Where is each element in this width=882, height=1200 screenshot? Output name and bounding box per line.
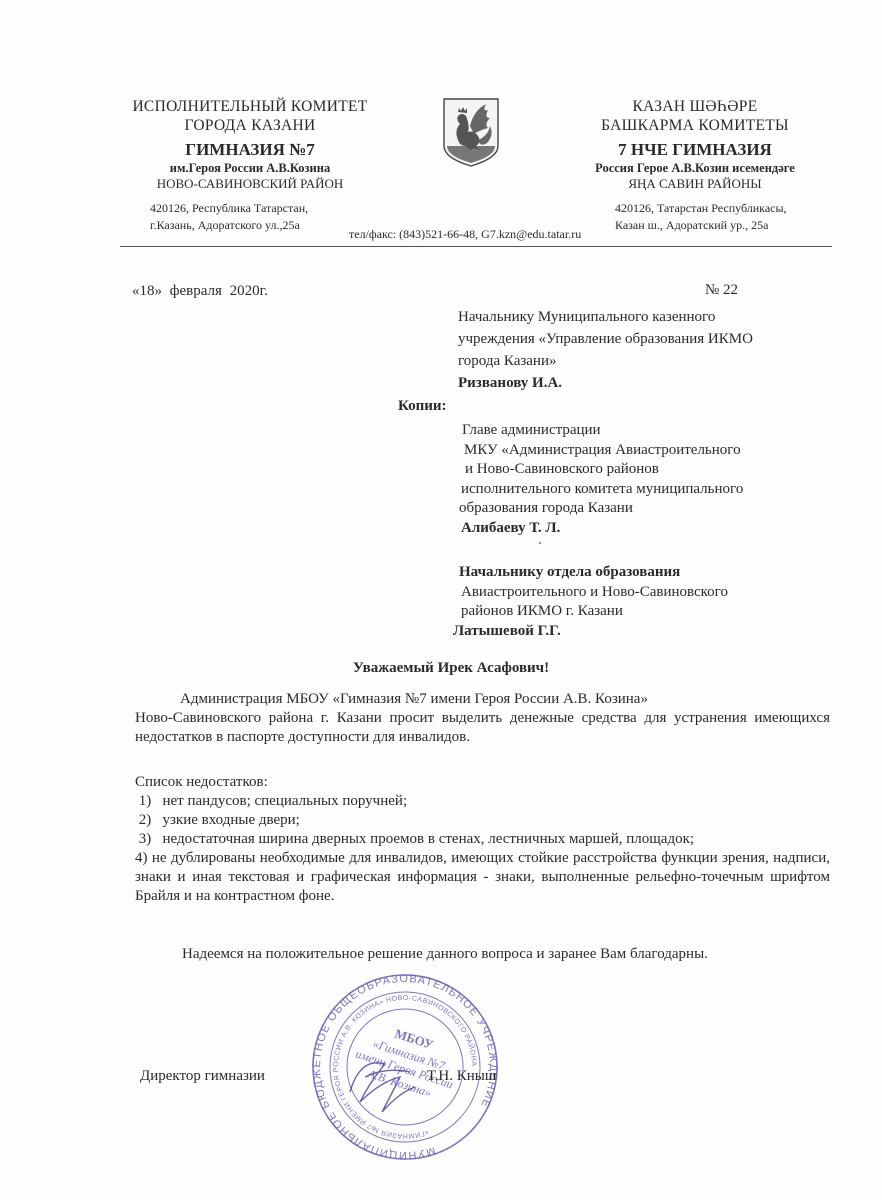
address-line: Казан ш., Адоратский ур., 25а <box>615 217 845 234</box>
copy-recipient-line: и Ново-Савиновского районов <box>459 460 743 480</box>
list-item: 1) нет пандусов; специальных поручней; <box>135 792 830 811</box>
paragraph-continuation: Ново-Савиновского района г. Казани проси… <box>135 709 830 747</box>
list-item: 2) узкие входные двери; <box>135 811 830 830</box>
copies-block: Главе администрации МКУ «Администрация А… <box>459 421 743 641</box>
addressee-line: города Казани» <box>458 350 753 372</box>
school-name: 7 НЧЕ ГИМНАЗИЯ <box>545 140 845 161</box>
addressee-block: Начальнику Муниципального казенного учре… <box>458 306 753 394</box>
list-item: 4) не дублированы необходимые для инвали… <box>135 849 830 906</box>
city-name: БАШКАРМА КОМИТЕТЫ <box>545 117 845 136</box>
school-named-after: им.Героя России А.В.Козина <box>100 161 400 176</box>
header-right-tatar: КАЗАН ШӘҺӘРЕ БАШКАРМА КОМИТЕТЫ 7 НЧЕ ГИМ… <box>545 98 845 234</box>
letter-date: «18» февраля 2020г. <box>132 283 268 300</box>
copy-recipient-line: исполнительного комитета муниципального <box>459 480 743 500</box>
copies-label: Копии: <box>398 398 447 415</box>
school-named-after: Россия Герое А.В.Козин исемендәге <box>545 161 845 176</box>
city-name: ГОРОДА КАЗАНИ <box>100 117 400 136</box>
stray-dot <box>539 542 541 544</box>
spacer <box>459 538 743 557</box>
copy-recipient-line: Авиастроительного и Ново-Савиновского <box>459 583 743 603</box>
header-left-russian: ИСПОЛНИТЕЛЬНЫЙ КОМИТЕТ ГОРОДА КАЗАНИ ГИМ… <box>100 98 400 234</box>
copy-recipient-line: районов ИКМО г. Казани <box>459 602 743 622</box>
address: 420126, Татарстан Республикасы, Казан ш.… <box>545 200 845 235</box>
official-stamp: МУНИЦИПАЛЬНОЕ БЮДЖЕТНОЕ ОБЩЕОБРАЗОВАТЕЛЬ… <box>290 972 520 1162</box>
address-line: 420126, Татарстан Республикасы, <box>615 200 845 217</box>
header-divider <box>120 246 832 247</box>
address-line: 420126, Республика Татарстан, <box>150 200 400 217</box>
committee-name: ИСПОЛНИТЕЛЬНЫЙ КОМИТЕТ <box>100 98 400 117</box>
letter-number: № 22 <box>705 282 738 299</box>
addressee-line: учреждения «Управление образования ИКМО <box>458 328 753 350</box>
list-title: Список недостатков: <box>135 773 830 792</box>
contact-info: тел/факс: (843)521-66-48, G7.kzn@edu.tat… <box>349 227 581 242</box>
copy-recipient-name: Латышевой Г.Г. <box>453 622 743 642</box>
list-item: 3) недостаточная ширина дверных проемов … <box>135 830 830 849</box>
school-name: ГИМНАЗИЯ №7 <box>100 140 400 161</box>
closing-sentence: Надеемся на положительное решение данног… <box>182 946 708 963</box>
paragraph-first-line: Администрация МБОУ «Гимназия №7 имени Ге… <box>135 690 830 709</box>
signatory-name: Т.Н. Кныш <box>427 1068 496 1085</box>
salutation: Уважаемый Ирек Асафович! <box>0 660 882 677</box>
deficiency-list: Список недостатков: 1) нет пандусов; спе… <box>135 773 830 906</box>
coat-of-arms-icon <box>440 96 502 168</box>
district-name: ЯҢА САВИН РАЙОНЫ <box>545 176 845 192</box>
committee-name: КАЗАН ШӘҺӘРЕ <box>545 98 845 117</box>
copy-recipient-line: Главе администрации <box>459 421 743 441</box>
addressee-name: Ризванову И.А. <box>458 372 753 394</box>
district-name: НОВО-САВИНОВСКИЙ РАЙОН <box>100 176 400 192</box>
body-paragraph: Администрация МБОУ «Гимназия №7 имени Ге… <box>135 690 830 747</box>
copy-recipient-title: Начальнику отдела образования <box>459 563 743 583</box>
copy-recipient-name: Алибаеву Т. Л. <box>459 519 743 539</box>
addressee-line: Начальнику Муниципального казенного <box>458 306 753 328</box>
copy-recipient-line: образования города Казани <box>459 499 743 519</box>
signatory-title: Директор гимназии <box>140 1068 265 1085</box>
copy-recipient-line: МКУ «Администрация Авиастроительного <box>459 441 743 461</box>
